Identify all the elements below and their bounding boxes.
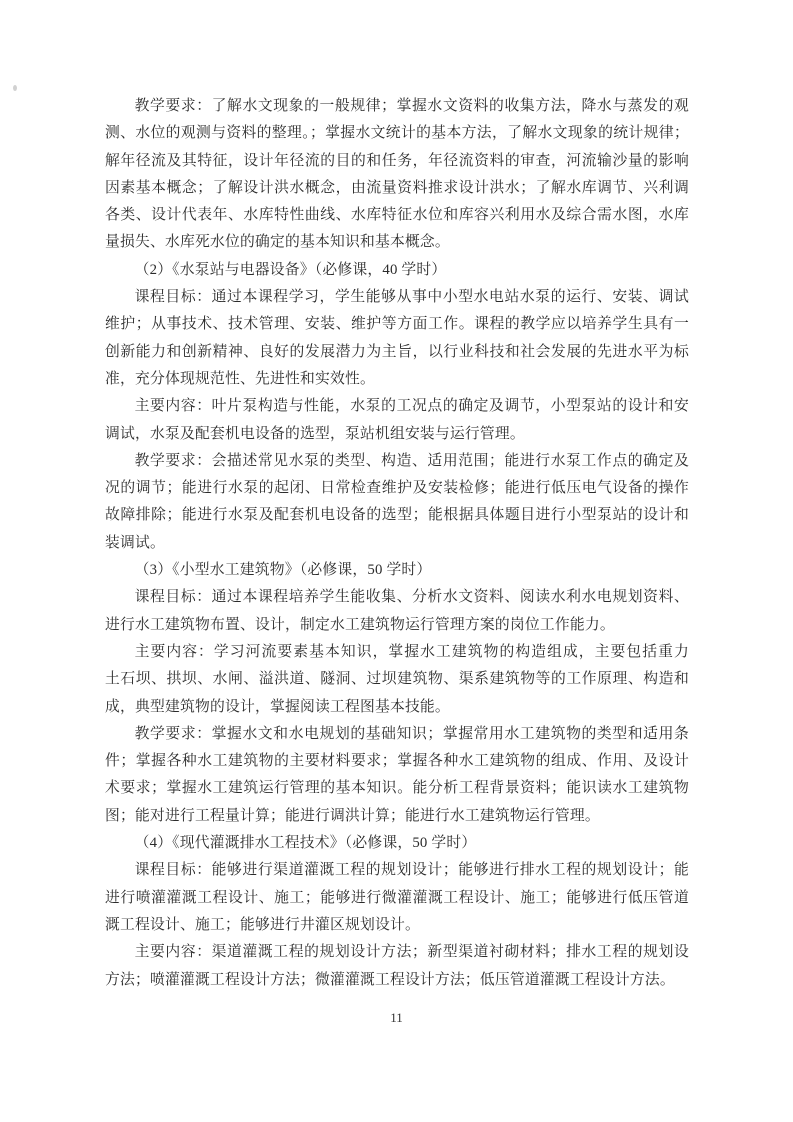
heading-course-4-modern-irrigation-drainage: （4）《现代灌溉排水工程技术》（必修课，50 学时）: [105, 830, 689, 857]
para-course-3-main-content: 主要内容：学习河流要素基本知识，掌握水工建筑物的构造组成，主要包括重力坝、土石坝…: [105, 639, 689, 721]
para-course-3-objectives: 课程目标：通过本课程培养学生能收集、分析水文资料、阅读水利水电规划资料、会进行水…: [105, 584, 689, 639]
heading-course-2-water-pump-station: （2）《水泵站与电器设备》（必修课，40 学时）: [105, 257, 689, 284]
para-course-2-main-content: 主要内容：叶片泵构造与性能，水泵的工况点的确定及调节，小型泵站的设计和安装调试，…: [105, 393, 689, 448]
text-line: 创新能力和创新精神、良好的发展潜力为主旨，以行业科技和社会发展的先进水平为标: [105, 339, 689, 366]
heading-course-3-small-hydraulic-structures: （3）《小型水工建筑物》（必修课，50 学时）: [105, 557, 689, 584]
text-line: 术要求；掌握水工建筑运行管理的基本知识。能分析工程背景资料；能识读水工建筑物: [105, 775, 689, 802]
text-line: 课程目标：通过本课程学习，学生能够从事中小型水电站水泵的运行、安装、调试与: [105, 284, 689, 311]
text-line: 课程目标：通过本课程培养学生能收集、分析水文资料、阅读水利水电规划资料、会: [105, 584, 689, 611]
text-line: 各类、设计代表年、水库特性曲线、水库特征水位和库容兴利用水及综合需水图，水库水: [105, 202, 689, 229]
text-line: 教学要求：了解水文现象的一般规律；掌握水文资料的收集方法，降水与蒸发的观: [105, 93, 689, 120]
text-line: （4）《现代灌溉排水工程技术》（必修课，50 学时）: [105, 830, 689, 857]
text-line: 装调试。: [105, 530, 689, 557]
para-hydrology-teaching-requirements: 教学要求：了解水文现象的一般规律；掌握水文资料的收集方法，降水与蒸发的观测、水位…: [105, 93, 689, 257]
para-course-2-objectives: 课程目标：通过本课程学习，学生能够从事中小型水电站水泵的运行、安装、调试与维护；…: [105, 284, 689, 393]
text-line: 测、水位的观测与资料的整理。；掌握水文统计的基本方法，了解水文现象的统计规律；了: [105, 120, 689, 147]
scan-artifact: [13, 85, 17, 91]
text-line: 解年径流及其特征，设计年径流的目的和任务，年径流资料的审查，河流输沙量的影响等: [105, 148, 689, 175]
page-number: 11: [0, 1008, 793, 1028]
text-line: 况的调节；能进行水泵的起闭、日常检查维护及安装检修；能进行低压电气设备的操作和: [105, 475, 689, 502]
text-line: （3）《小型水工建筑物》（必修课，50 学时）: [105, 557, 689, 584]
text-line: 课程目标：能够进行渠道灌溉工程的规划设计；能够进行排水工程的规划设计；能够: [105, 857, 689, 884]
document-body: 教学要求：了解水文现象的一般规律；掌握水文资料的收集方法，降水与蒸发的观测、水位…: [105, 93, 689, 994]
text-line: 成，典型建筑物的设计，掌握阅读工程图基本技能。: [105, 694, 689, 721]
text-line: 调试，水泵及配套机电设备的选型，泵站机组安装与运行管理。: [105, 421, 689, 448]
text-line: 主要内容：渠道灌溉工程的规划设计方法；新型渠道衬砌材料；排水工程的规划设计: [105, 939, 689, 966]
text-line: 溉工程设计、施工；能够进行井灌区规划设计。: [105, 912, 689, 939]
text-line: 准，充分体现规范性、先进性和实效性。: [105, 366, 689, 393]
text-line: （2）《水泵站与电器设备》（必修课，40 学时）: [105, 257, 689, 284]
text-line: 件；掌握各种水工建筑物的主要材料要求；掌握各种水工建筑物的组成、作用、及设计技: [105, 748, 689, 775]
text-line: 教学要求：掌握水文和水电规划的基础知识；掌握常用水工建筑物的类型和适用条: [105, 721, 689, 748]
text-line: 进行喷灌灌溉工程设计、施工；能够进行微灌灌溉工程设计、施工；能够进行低压管道灌: [105, 885, 689, 912]
text-line: 主要内容：叶片泵构造与性能，水泵的工况点的确定及调节，小型泵站的设计和安装: [105, 393, 689, 420]
para-course-4-main-content: 主要内容：渠道灌溉工程的规划设计方法；新型渠道衬砌材料；排水工程的规划设计方法；…: [105, 939, 689, 994]
text-line: 图；能对进行工程量计算；能进行调洪计算；能进行水工建筑物运行管理。: [105, 803, 689, 830]
text-line: 量损失、水库死水位的确定的基本知识和基本概念。: [105, 229, 689, 256]
text-line: 维护；从事技术、技术管理、安装、维护等方面工作。课程的教学应以培养学生具有一定: [105, 311, 689, 338]
text-line: 教学要求：会描述常见水泵的类型、构造、适用范围；能进行水泵工作点的确定及工: [105, 448, 689, 475]
para-course-3-teaching-requirements: 教学要求：掌握水文和水电规划的基础知识；掌握常用水工建筑物的类型和适用条件；掌握…: [105, 721, 689, 830]
text-line: 故障排除；能进行水泵及配套机电设备的选型；能根据具体题目进行小型泵站的设计和安: [105, 502, 689, 529]
text-line: 土石坝、拱坝、水闸、溢洪道、隧洞、过坝建筑物、渠系建筑物等的工作原理、构造和组: [105, 666, 689, 693]
para-course-4-objectives: 课程目标：能够进行渠道灌溉工程的规划设计；能够进行排水工程的规划设计；能够进行喷…: [105, 857, 689, 939]
text-line: 主要内容：学习河流要素基本知识，掌握水工建筑物的构造组成，主要包括重力坝、: [105, 639, 689, 666]
text-line: 进行水工建筑物布置、设计，制定水工建筑物运行管理方案的岗位工作能力。: [105, 612, 689, 639]
document-page: 教学要求：了解水文现象的一般规律；掌握水文资料的收集方法，降水与蒸发的观测、水位…: [0, 0, 793, 1122]
text-line: 因素基本概念；了解设计洪水概念，由流量资料推求设计洪水；了解水库调节、兴利调节: [105, 175, 689, 202]
para-course-2-teaching-requirements: 教学要求：会描述常见水泵的类型、构造、适用范围；能进行水泵工作点的确定及工况的调…: [105, 448, 689, 557]
text-line: 方法；喷灌灌溉工程设计方法；微灌灌溉工程设计方法；低压管道灌溉工程设计方法。: [105, 967, 689, 994]
